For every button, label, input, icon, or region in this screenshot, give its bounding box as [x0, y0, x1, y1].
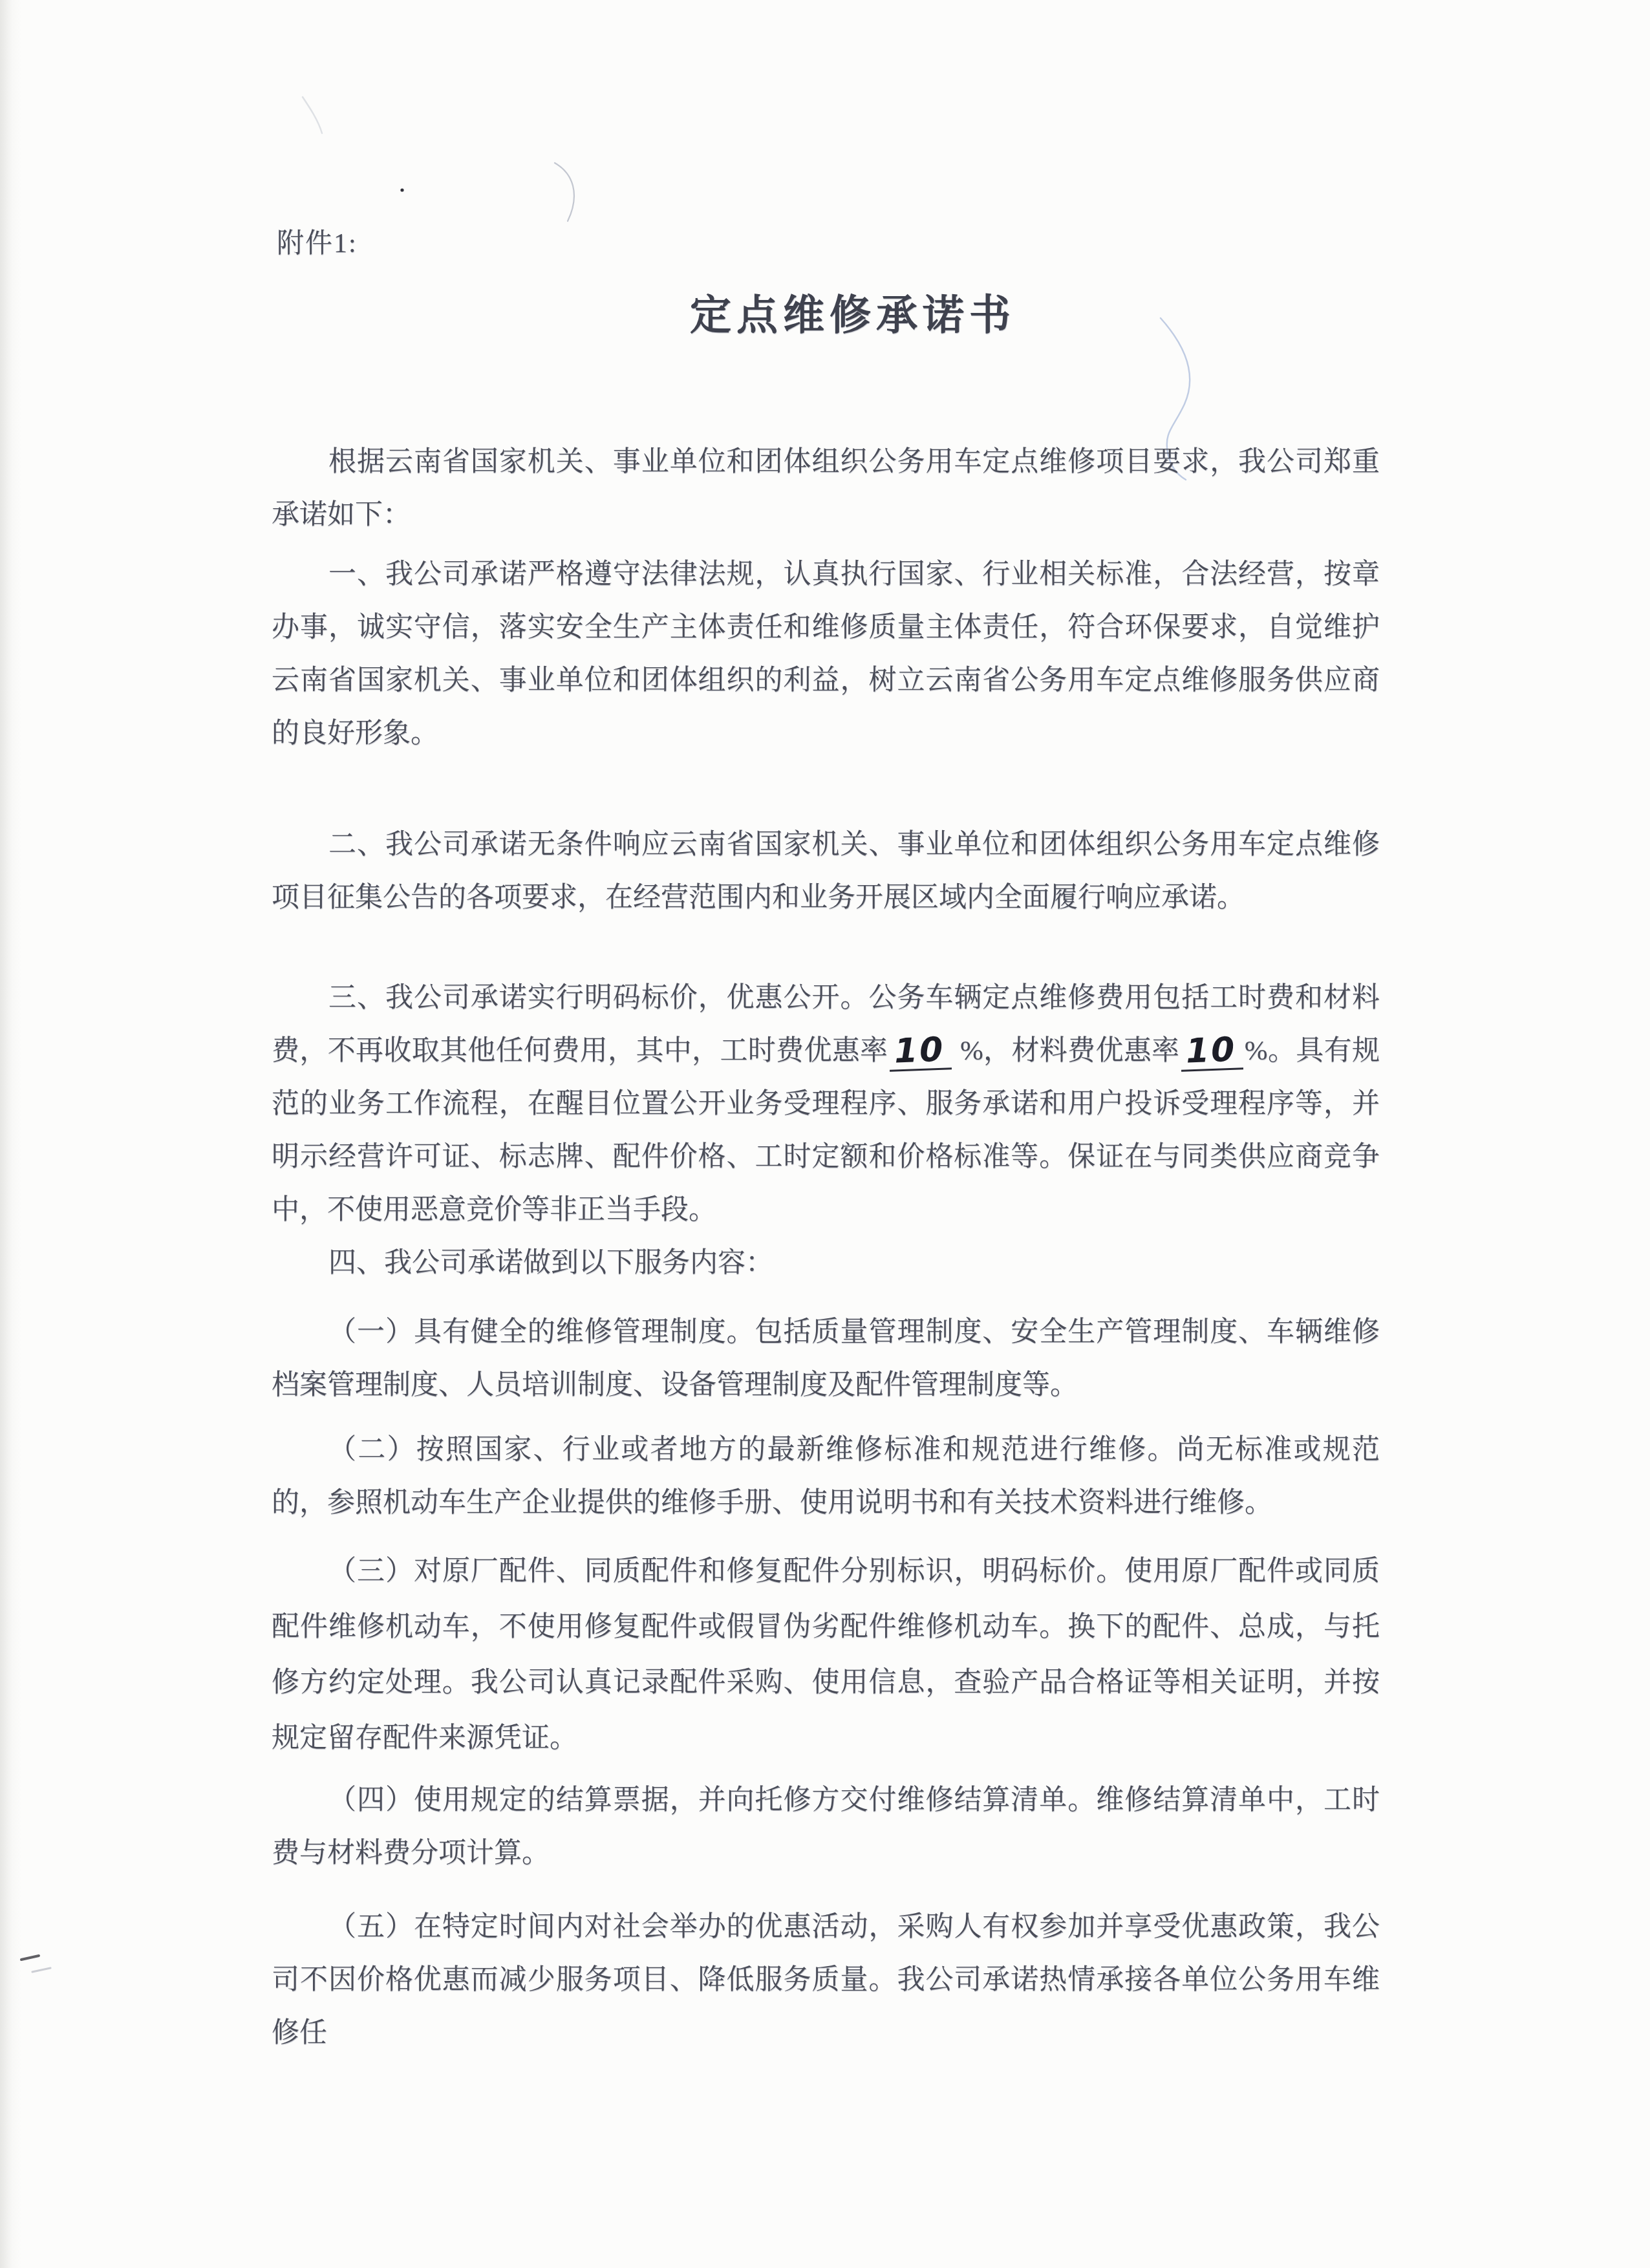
scan-edge-shadow: [0, 0, 22, 2268]
document-page: 附件1: 定点维修承诺书 根据云南省国家机关、事业单位和团体组织公务用车定点维修…: [0, 0, 1650, 2268]
paragraph-sub-item-5: （五）在特定时间内对社会举办的优惠活动，采购人有权参加并享受优惠政策，我公司不因…: [272, 1901, 1380, 2060]
paragraph-intro: 根据云南省国家机关、事业单位和团体组织公务用车定点维修项目要求，我公司郑重承诺如…: [272, 436, 1380, 542]
document-content: 附件1: 定点维修承诺书 根据云南省国家机关、事业单位和团体组织公务用车定点维修…: [272, 0, 1380, 2060]
paragraph-item-1: 一、我公司承诺严格遵守法律法规，认真执行国家、行业相关标准，合法经营，按章办事，…: [272, 548, 1380, 760]
paragraph-sub-item-2: （二）按照国家、行业或者地方的最新维修标准和规范进行维修。尚无标准或规范的，参照…: [272, 1424, 1380, 1530]
handwritten-material-discount-value: 10: [1181, 1032, 1244, 1071]
paragraph-item-2: 二、我公司承诺无条件响应云南省国家机关、事业单位和团体组织公务用车定点维修项目征…: [272, 818, 1380, 925]
paragraph-sub-item-1: （一）具有健全的维修管理制度。包括质量管理制度、安全生产管理制度、车辆维修档案管…: [272, 1306, 1380, 1412]
document-title: 定点维修承诺书: [299, 291, 1407, 340]
paragraph-sub-item-3: （三）对原厂配件、同质配件和修复配件分别标识，明码标价。使用原厂配件或同质配件维…: [272, 1544, 1380, 1766]
attachment-label: 附件1:: [277, 228, 1380, 260]
pencil-dash-mark-light: [32, 1968, 50, 1972]
paragraph-sub-item-4: （四）使用规定的结算票据，并向托修方交付维修结算清单。维修结算清单中，工时费与材…: [272, 1774, 1380, 1880]
paragraph-item-3: 三、我公司承诺实行明码标价，优惠公开。公务车辆定点维修费用包括工时费和材料费，不…: [272, 972, 1380, 1237]
item-3-text-between-rates: %，材料费优惠率: [953, 1036, 1180, 1066]
paragraph-item-4-heading: 四、我公司承诺做到以下服务内容：: [272, 1237, 1380, 1290]
handwritten-labor-discount-value: 10: [889, 1032, 952, 1071]
pencil-dash-mark: [21, 1956, 39, 1960]
